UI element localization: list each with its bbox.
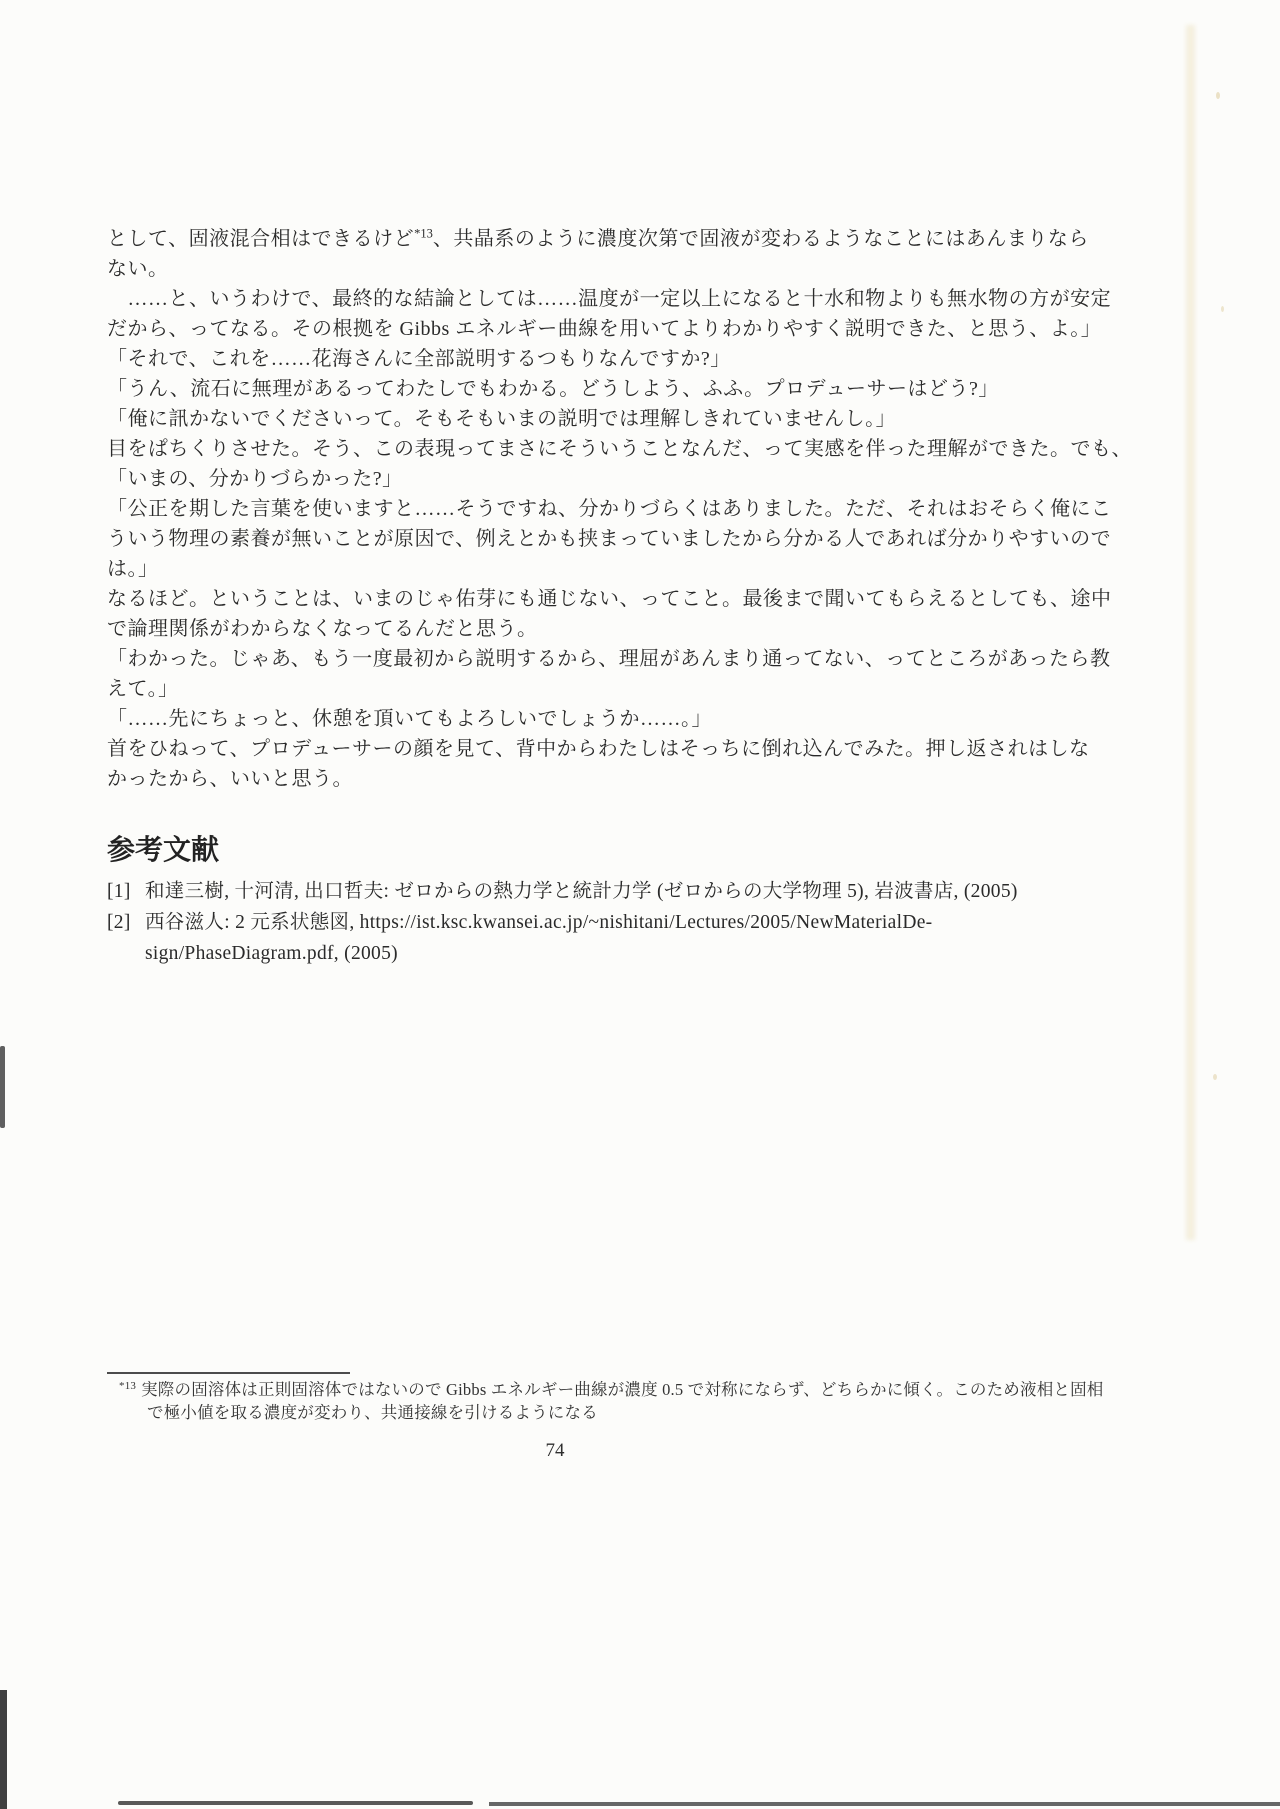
scan-artifact-bottom-edge xyxy=(118,1801,473,1805)
body-line: 「俺に訊かないでくださいって。そもそもいまの説明では理解しきれていませんし。」 xyxy=(107,404,1057,434)
references-heading: 参考文献 xyxy=(107,828,219,868)
references-list: [1]和達三樹, 十河清, 出口哲夫: ゼロからの熱力学と統計力学 (ゼロからの… xyxy=(107,876,1057,969)
scan-artifact-right-streak xyxy=(1186,25,1195,1240)
body-line: は。」 xyxy=(107,554,1057,584)
reference-item: [1]和達三樹, 十河清, 出口哲夫: ゼロからの熱力学と統計力学 (ゼロからの… xyxy=(107,876,1057,907)
scan-artifact-speck xyxy=(1221,306,1224,312)
footnote-line: *13実際の固溶体は正則固溶体ではないので Gibbs エネルギー曲線が濃度 0… xyxy=(119,1378,1119,1401)
scan-artifact-bottom-edge xyxy=(489,1802,1280,1806)
body-line: 「公正を期した言葉を使いますと……そうですね、分かりづらくはありました。ただ、そ… xyxy=(107,494,1057,524)
scan-artifact-speck xyxy=(1213,1074,1217,1080)
body-line: だから、ってなる。その根拠を Gibbs エネルギー曲線を用いてよりわかりやすく… xyxy=(107,314,1057,344)
body-line-first: として、固液混合相はできるけど*13、共晶系のように濃度次第で固液が変わるような… xyxy=(107,224,1057,254)
body-line-first-post: 、共晶系のように濃度次第で固液が変わるようなことにはあんまりなら xyxy=(433,228,1089,250)
reference-text: 和達三樹, 十河清, 出口哲夫: ゼロからの熱力学と統計力学 (ゼロからの大学物… xyxy=(145,881,1018,902)
body-line: 「……先にちょっと、休憩を頂いてもよろしいでしょうか……。」 xyxy=(107,704,1057,734)
body-line: 首をひねって、プロデューサーの顔を見て、背中からわたしはそっちに倒れ込んでみた。… xyxy=(107,734,1057,764)
reference-text: 西谷滋人: 2 元系状態図, https://ist.ksc.kwansei.a… xyxy=(145,912,932,933)
body-line-first-pre: として、固液混合相はできるけど xyxy=(107,228,414,250)
reference-item: [2]西谷滋人: 2 元系状態図, https://ist.ksc.kwanse… xyxy=(107,907,1057,938)
body-line: ういう物理の素養が無いことが原因で、例えとかも挟まっていましたから分かる人であれ… xyxy=(107,524,1057,554)
body-line: 「うん、流石に無理があるってわたしでもわかる。どうしよう、ふふ。プロデューサーは… xyxy=(107,374,1057,404)
footnote-text: 実際の固溶体は正則固溶体ではないので Gibbs エネルギー曲線が濃度 0.5 … xyxy=(141,1380,1103,1399)
body-line: 目をぱちくりさせた。そう、この表現ってまさにそういうことなんだ、って実感を伴った… xyxy=(107,434,1057,464)
footnote-reference-marker: *13 xyxy=(414,226,433,240)
body-line: 「それで、これを……花海さんに全部説明するつもりなんですか?」 xyxy=(107,344,1057,374)
page-number: 74 xyxy=(525,1440,585,1462)
footnote-line: で極小値を取る濃度が変わり、共通接線を引けるようになる xyxy=(119,1401,1119,1424)
reference-label: [1] xyxy=(107,876,145,907)
scan-artifact-speck xyxy=(1216,92,1220,99)
scanned-page: として、固液混合相はできるけど*13、共晶系のように濃度次第で固液が変わるような… xyxy=(0,0,1280,1809)
body-line: で論理関係がわからなくなってるんだと思う。 xyxy=(107,614,1057,644)
scan-artifact-left-edge xyxy=(0,1046,5,1128)
body-lines: ない。 ……と、いうわけで、最終的な結論としては……温度が一定以上になると十水和… xyxy=(107,254,1057,794)
body-line: 「いまの、分かりづらかった?」 xyxy=(107,464,1057,494)
body-line: ない。 xyxy=(107,254,1057,284)
reference-text-continuation: sign/PhaseDiagram.pdf, (2005) xyxy=(107,938,1057,969)
footnote: *13実際の固溶体は正則固溶体ではないので Gibbs エネルギー曲線が濃度 0… xyxy=(119,1378,1119,1424)
body-line: かったから、いいと思う。 xyxy=(107,764,1057,794)
body-line: えて。」 xyxy=(107,674,1057,704)
footnote-rule xyxy=(107,1372,350,1374)
body-line: 「わかった。じゃあ、もう一度最初から説明するから、理屈があんまり通ってない、って… xyxy=(107,644,1057,674)
body-line: ……と、いうわけで、最終的な結論としては……温度が一定以上になると十水和物よりも… xyxy=(107,284,1057,314)
scan-artifact-bottom-left-corner xyxy=(0,1690,7,1809)
reference-label: [2] xyxy=(107,907,145,938)
footnote-marker: *13 xyxy=(119,1380,136,1392)
body-line: なるほど。ということは、いまのじゃ佑芽にも通じない、ってこと。最後まで聞いてもら… xyxy=(107,584,1057,614)
body-text: として、固液混合相はできるけど*13、共晶系のように濃度次第で固液が変わるような… xyxy=(107,224,1057,794)
